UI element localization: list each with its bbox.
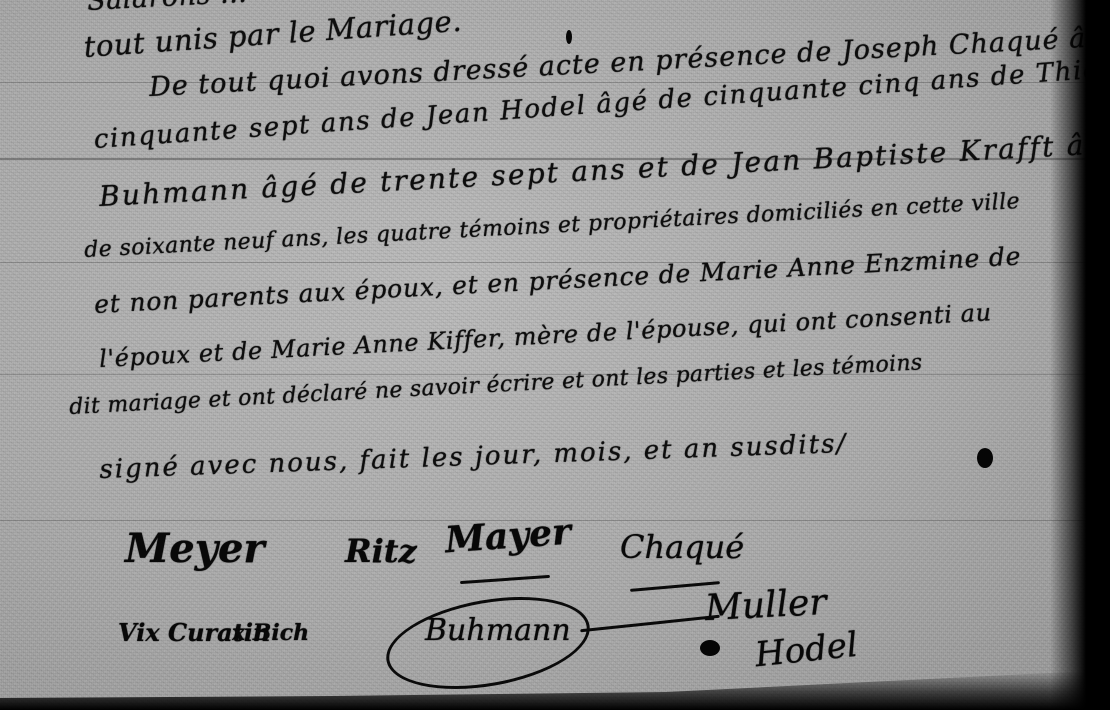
text-line-9: signé avec nous, fait les jour, mois, et…	[99, 429, 848, 485]
text-line-0: Salarons ...	[86, 0, 247, 17]
signature-chaque: Chaqué	[620, 528, 744, 566]
ink-blot	[566, 30, 572, 44]
document-page: Salarons ... tout unis par le Mariage. D…	[0, 0, 1110, 710]
page-edge-shadow	[1050, 0, 1110, 710]
signature-swoosh	[580, 615, 720, 633]
signature-ritz: Ritz	[345, 532, 417, 570]
signature-bich: x Bich	[232, 620, 309, 646]
signature-hodel: Hodel	[753, 625, 860, 676]
signature-swoosh	[460, 575, 550, 584]
signature-meyer: Meyer	[125, 525, 265, 572]
ink-blot	[977, 448, 993, 468]
signature-flourish	[379, 583, 597, 703]
page-bottom-shadow	[0, 670, 1110, 710]
signature-muller: Muller	[704, 582, 828, 629]
signature-mayer: Mayer	[444, 511, 573, 562]
ink-blot	[700, 640, 720, 656]
